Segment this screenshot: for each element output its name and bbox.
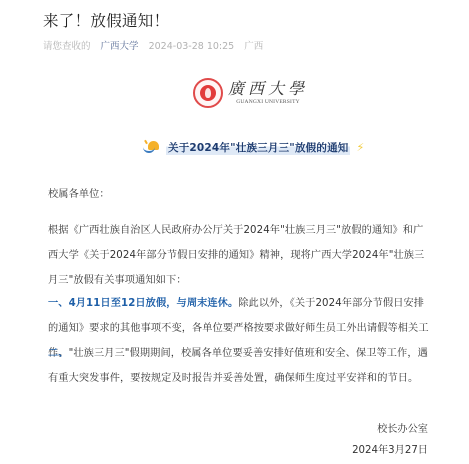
logo-name-cn: 廣西大學 — [228, 80, 308, 98]
paragraph-intro: 根据《广西壮族自治区人民政府办公厅关于2024年"壮族三月三"放假的通知》和广西… — [48, 218, 432, 293]
university-logo: 廣西大學 GUANGXI UNIVERSITY — [193, 75, 308, 111]
article-meta: 请您查收的 广西大学 2024-03-28 10:25 广西 — [43, 38, 270, 52]
article: 来了！放假通知！ 请您查收的 广西大学 2024-03-28 10:25 广西 … — [0, 0, 469, 464]
logo-name-en: GUANGXI UNIVERSITY — [236, 98, 300, 106]
logo-text: 廣西大學 GUANGXI UNIVERSITY — [228, 80, 308, 106]
university-seal-icon — [193, 78, 223, 108]
paragraph-item-2: 二、"壮族三月三"假期期间，校属各单位要妥善安排好值班和安全、保卫等工作，遇有重… — [48, 341, 432, 391]
item-2-text: "壮族三月三"假期期间，校属各单位要妥善安排好值班和安全、保卫等工作，遇有重大突… — [48, 348, 428, 384]
signoff-office: 校长办公室 — [377, 420, 428, 435]
sun-cloud-icon — [143, 140, 161, 154]
account-name-link[interactable]: 广西大学 — [101, 41, 139, 52]
publish-location: 广西 — [244, 41, 263, 52]
salutation: 校属各单位： — [48, 182, 432, 207]
item-1-highlight: 一、4月11日至12日放假，与周末连休。 — [48, 298, 238, 309]
signoff-date: 2024年3月27日 — [352, 441, 428, 456]
sparkle-icon: ⚡ — [356, 142, 364, 153]
source-note: 请您查收的 — [43, 41, 91, 52]
publish-datetime: 2024-03-28 10:25 — [149, 41, 235, 52]
item-2-prefix: 二、 — [48, 348, 69, 359]
banner-title: 关于2024年"壮族三月三"放假的通知 — [166, 140, 350, 155]
notice-banner: 关于2024年"壮族三月三"放假的通知 ⚡ — [143, 138, 364, 156]
article-title: 来了！放假通知！ — [43, 9, 169, 31]
